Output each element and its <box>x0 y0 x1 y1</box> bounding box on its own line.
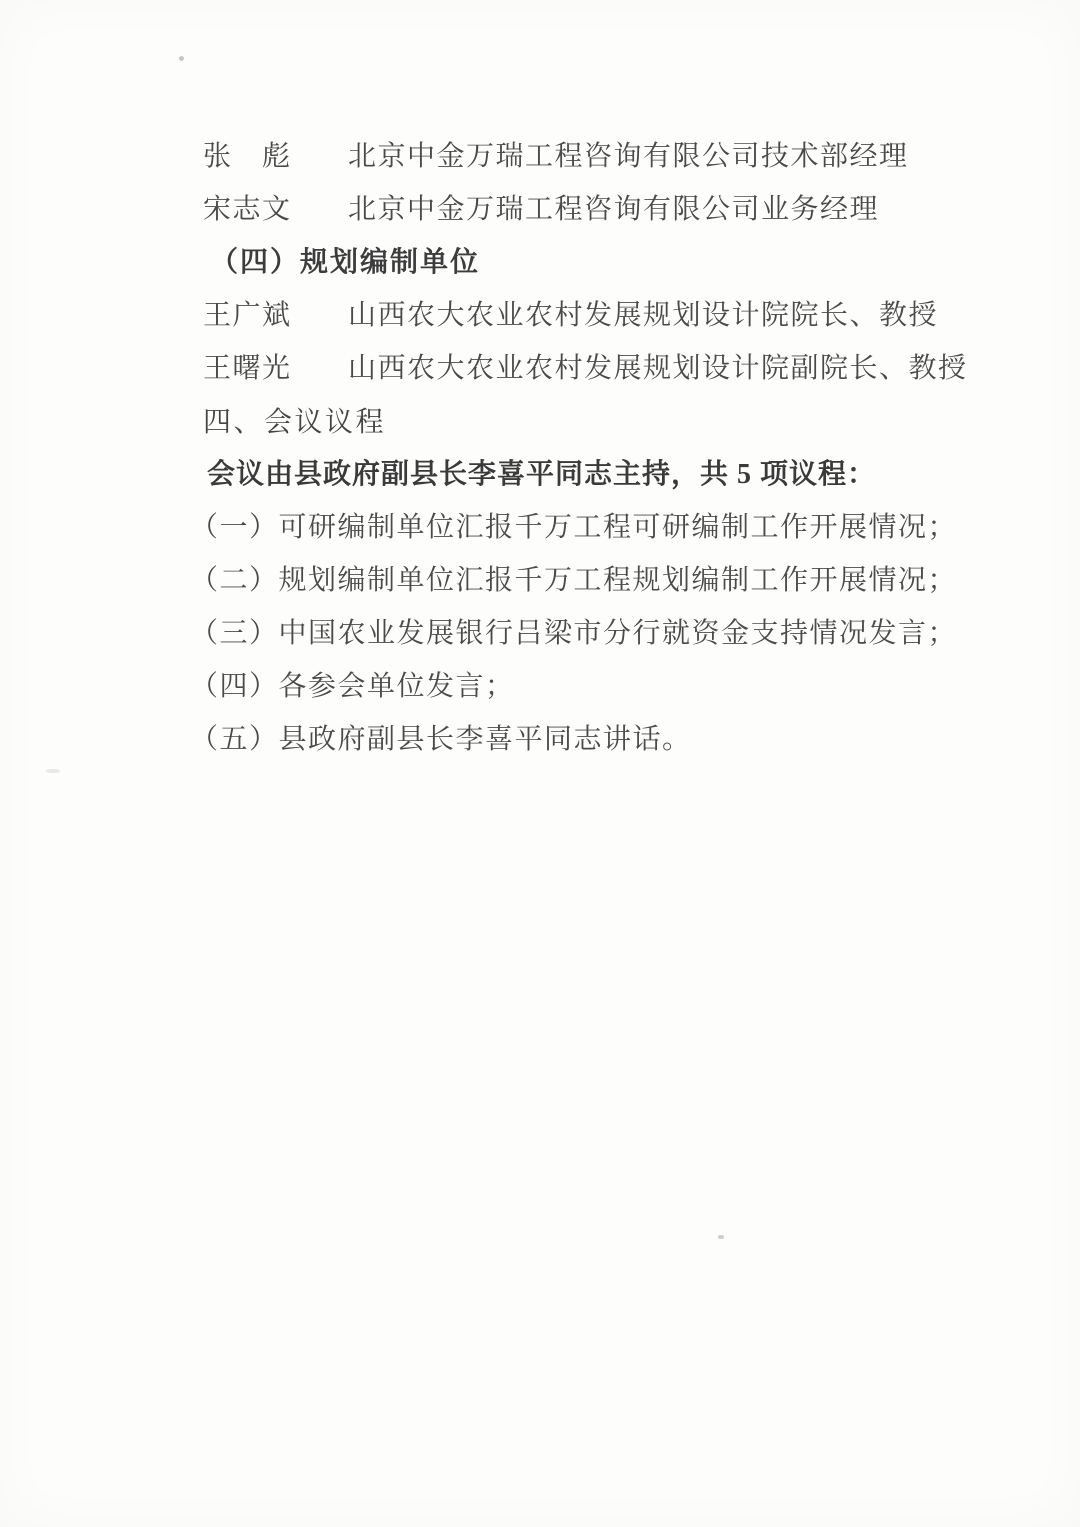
attendee-row: 张 彪 北京中金万瑞工程咨询有限公司技术部经理 <box>203 130 990 183</box>
attendee-name: 张 彪 <box>203 130 348 183</box>
scan-speck <box>179 56 184 61</box>
agenda-intro: 会议由县政府副县长李喜平同志主持，共 5 项议程： <box>207 448 990 501</box>
attendee-row: 宋志文 北京中金万瑞工程咨询有限公司业务经理 <box>203 183 990 236</box>
scan-speck <box>718 1235 724 1239</box>
attendee-row: 王曙光 山西农大农业农村发展规划设计院副院长、教授 <box>203 342 990 395</box>
agenda-item-4: （四）各参会单位发言； <box>190 660 990 713</box>
section-heading-planning-unit: （四）规划编制单位 <box>210 236 990 289</box>
document-page: 张 彪 北京中金万瑞工程咨询有限公司技术部经理 宋志文 北京中金万瑞工程咨询有限… <box>0 0 1080 1527</box>
agenda-section-heading: 四、会议议程 <box>203 395 990 448</box>
attendee-name: 王曙光 <box>203 342 348 395</box>
attendee-row: 王广斌 山西农大农业农村发展规划设计院院长、教授 <box>203 289 990 342</box>
scan-speck <box>46 769 60 773</box>
agenda-item-2: （二）规划编制单位汇报千万工程规划编制工作开展情况； <box>190 554 990 607</box>
attendee-name: 王广斌 <box>203 289 348 342</box>
agenda-item-1: （一）可研编制单位汇报千万工程可研编制工作开展情况； <box>190 501 990 554</box>
attendee-title: 山西农大农业农村发展规划设计院副院长、教授 <box>348 342 968 395</box>
agenda-item-5: （五）县政府副县长李喜平同志讲话。 <box>190 713 990 766</box>
attendee-title: 北京中金万瑞工程咨询有限公司技术部经理 <box>348 130 909 183</box>
attendee-title: 山西农大农业农村发展规划设计院院长、教授 <box>348 289 938 342</box>
attendee-name: 宋志文 <box>203 183 348 236</box>
document-content: 张 彪 北京中金万瑞工程咨询有限公司技术部经理 宋志文 北京中金万瑞工程咨询有限… <box>190 130 990 766</box>
agenda-item-3: （三）中国农业发展银行吕梁市分行就资金支持情况发言； <box>190 607 990 660</box>
attendee-title: 北京中金万瑞工程咨询有限公司业务经理 <box>348 183 879 236</box>
